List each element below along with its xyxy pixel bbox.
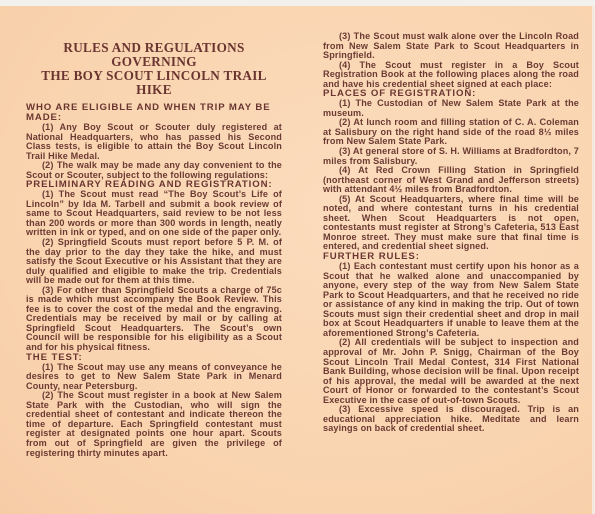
section: FURTHER RULES:(1) Each contestant must c… <box>323 252 579 434</box>
left-sections: WHO ARE ELIGIBLE AND WHEN TRIP MAY BE MA… <box>26 103 282 458</box>
paragraph: (1) Any Boy Scout or Scouter duly regist… <box>26 123 282 161</box>
paragraph: (5) At Scout Headquarters, where final t… <box>323 195 579 252</box>
paragraph: (3) The Scout must walk alone over the L… <box>323 32 579 61</box>
paragraph: (3) Excessive speed is discouraged. Trip… <box>323 405 579 434</box>
paragraph: (1) The Scout must read “The Boy Scout’s… <box>26 190 282 238</box>
paragraph: (1) Each contestant must certify upon hi… <box>323 262 579 338</box>
paragraph: (2) The Scout must register in a book at… <box>26 391 282 458</box>
right-sections: PLACES OF REGISTRATION:(1) The Custodian… <box>323 89 579 434</box>
document-title: RULES AND REGULATIONS GOVERNING THE BOY … <box>26 41 282 97</box>
title-line-1: RULES AND REGULATIONS GOVERNING <box>26 41 282 69</box>
title-line-2: THE BOY SCOUT LINCOLN TRAIL HIKE <box>26 69 282 97</box>
section: WHO ARE ELIGIBLE AND WHEN TRIP MAY BE MA… <box>26 103 282 180</box>
left-column: RULES AND REGULATIONS GOVERNING THE BOY … <box>26 30 282 458</box>
paragraph: (1) The Scout may use any means of conve… <box>26 363 282 392</box>
paragraph: (4) The Scout must register in a Boy Sco… <box>323 61 579 90</box>
paragraph: (4) At Red Crown Filling Station in Spri… <box>323 166 579 195</box>
paragraph: (1) The Custodian of New Salem State Par… <box>323 99 579 118</box>
paragraph: (3) At general store of S. H. Williams a… <box>323 147 579 166</box>
section: PLACES OF REGISTRATION:(1) The Custodian… <box>323 89 579 252</box>
paragraph: (2) At lunch room and filling station of… <box>323 118 579 147</box>
section: THE TEST:(1) The Scout may use any means… <box>26 353 282 458</box>
right-column: (3) The Scout must walk alone over the L… <box>323 32 579 434</box>
section-heading: WHO ARE ELIGIBLE AND WHEN TRIP MAY BE MA… <box>26 103 282 123</box>
right-intro: (3) The Scout must walk alone over the L… <box>323 32 579 89</box>
section: PRELIMINARY READING AND REGISTRATION:(1)… <box>26 180 282 352</box>
paragraph: (2) All credentials will be subject to i… <box>323 338 579 405</box>
paragraph: (2) The walk may be made any day conveni… <box>26 161 282 180</box>
paragraph: (2) Springfield Scouts must report befor… <box>26 238 282 286</box>
paragraph: (3) For other than Springfield Scouts a … <box>26 286 282 353</box>
